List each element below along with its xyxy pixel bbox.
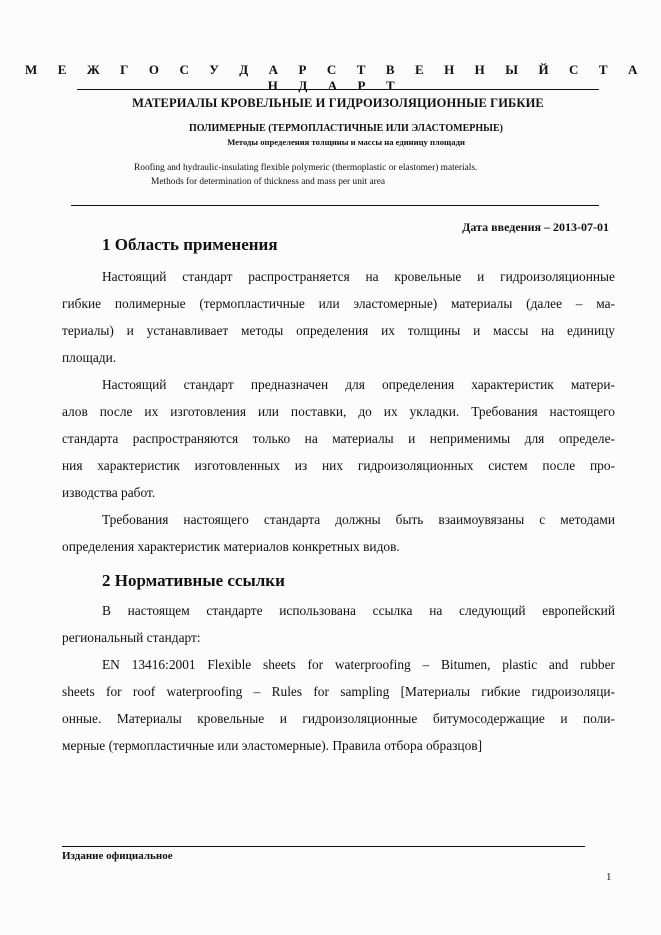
page-number: 1 xyxy=(606,871,612,883)
paragraph-line: площади. xyxy=(62,344,615,371)
title-divider xyxy=(71,205,599,206)
paragraph-line: В настоящем стандарте использована ссылк… xyxy=(62,597,615,624)
document-title-line-2: ПОЛИМЕРНЫЕ (ТЕРМОПЛАСТИЧНЫЕ ИЛИ ЭЛАСТОМЕ… xyxy=(0,123,661,134)
footer-divider xyxy=(62,846,585,847)
paragraph-line: изводства работ. xyxy=(62,479,615,506)
paragraph-line: стандарта распространяются только на мат… xyxy=(62,425,615,452)
paragraph-line: ния характеристик изготовленных из них г… xyxy=(62,452,615,479)
section-heading-normative-references: 2 Нормативные ссылки xyxy=(102,571,285,591)
paragraph: В настоящем стандарте использована ссылк… xyxy=(62,597,615,651)
reference-entry: EN 13416:2001 Flexible sheets for waterp… xyxy=(62,651,615,759)
paragraph-line: Настоящий стандарт распространяется на к… xyxy=(62,263,615,290)
english-title-line-2: Methods for determination of thickness a… xyxy=(151,177,385,187)
paragraph: Настоящий стандарт предназначен для опре… xyxy=(62,371,615,506)
paragraph-line: определения характеристик материалов кон… xyxy=(62,533,615,560)
document-title-line-1: МАТЕРИАЛЫ КРОВЕЛЬНЫЕ И ГИДРОИЗОЛЯЦИОННЫЕ… xyxy=(0,96,661,111)
paragraph-line: териалы) и устанавливает методы определе… xyxy=(62,317,615,344)
paragraph-line: мерные (термопластичные или эластомерные… xyxy=(62,732,615,759)
paragraph-line: региональный стандарт: xyxy=(62,624,615,651)
paragraph-line: Настоящий стандарт предназначен для опре… xyxy=(62,371,615,398)
english-title-line-1: Roofing and hydraulic-insulating flexibl… xyxy=(134,163,477,173)
introduction-date: Дата введения – 2013-07-01 xyxy=(462,220,609,235)
paragraph-line: sheets for roof waterproofing – Rules fo… xyxy=(62,678,615,705)
paragraph: Настоящий стандарт распространяется на к… xyxy=(62,263,615,371)
paragraph-line: онные. Материалы кровельные и гидроизоля… xyxy=(62,705,615,732)
paragraph: Требования настоящего стандарта должны б… xyxy=(62,506,615,560)
paragraph-line: Требования настоящего стандарта должны б… xyxy=(62,506,615,533)
official-edition-note: Издание официальное xyxy=(62,850,173,862)
header-divider xyxy=(77,89,599,90)
paragraph-line: гибкие полимерные (термопластичные или э… xyxy=(62,290,615,317)
document-subtitle: Методы определения толщины и массы на ед… xyxy=(0,137,661,147)
paragraph-line: алов после их изготовления или поставки,… xyxy=(62,398,615,425)
section-heading-scope: 1 Область применения xyxy=(102,235,278,255)
paragraph-line: EN 13416:2001 Flexible sheets for waterp… xyxy=(62,651,615,678)
